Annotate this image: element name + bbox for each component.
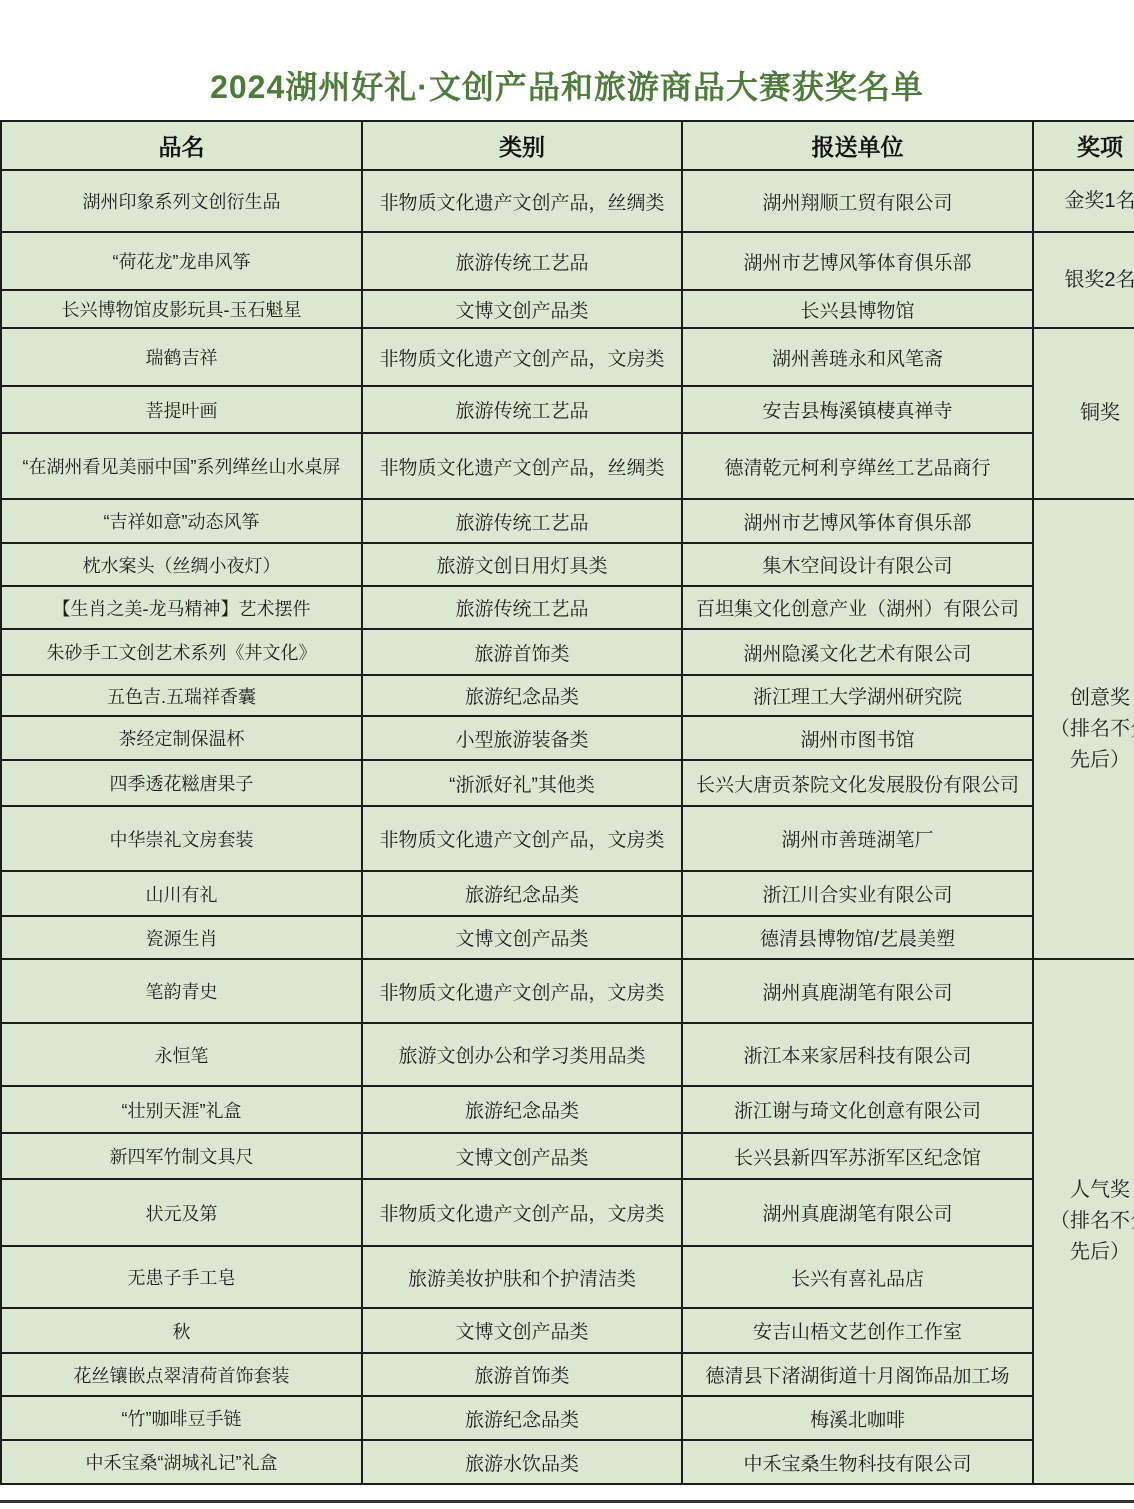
unit-cell: 湖州市图书馆 [682, 716, 1033, 760]
header-award: 奖项 [1033, 121, 1134, 170]
table-row: “壮别天涯”礼盒旅游纪念品类浙江谢与琦文化创意有限公司 [1, 1086, 1134, 1133]
unit-cell: 中禾宝桑生物科技有限公司 [682, 1440, 1033, 1484]
table-row: 四季透花糍唐果子“浙派好礼”其他类长兴大唐贡茶院文化发展股份有限公司 [1, 760, 1134, 806]
product-name-cell: 中华崇礼文房套装 [1, 806, 362, 871]
table-row: 状元及第非物质文化遗产文创产品，文房类湖州真鹿湖笔有限公司 [1, 1179, 1134, 1246]
unit-cell: 安吉山梧文艺创作工作室 [682, 1308, 1033, 1353]
page-title: 2024湖州好礼·文创产品和旅游商品大赛获奖名单 [0, 0, 1134, 120]
product-name-cell: 笔韵青史 [1, 959, 362, 1023]
table-row: 中禾宝桑“湖城礼记”礼盒旅游水饮品类中禾宝桑生物科技有限公司 [1, 1440, 1134, 1484]
table-row: 秋文博文创产品类安吉山梧文艺创作工作室 [1, 1308, 1134, 1353]
unit-cell: 德清乾元柯利亨缂丝工艺品商行 [682, 433, 1033, 499]
product-name-cell: 秋 [1, 1308, 362, 1353]
product-name-cell: 长兴博物馆皮影玩具-玉石魁星 [1, 290, 362, 328]
unit-cell: 湖州市艺博风筝体育俱乐部 [682, 499, 1033, 543]
category-cell: “浙派好礼”其他类 [362, 760, 682, 806]
product-name-cell: 新四军竹制文具尺 [1, 1133, 362, 1179]
unit-cell: 长兴大唐贡茶院文化发展股份有限公司 [682, 760, 1033, 806]
product-name-cell: 状元及第 [1, 1179, 362, 1246]
product-name-cell: 中禾宝桑“湖城礼记”礼盒 [1, 1440, 362, 1484]
category-cell: 旅游纪念品类 [362, 1396, 682, 1440]
product-name-cell: 茶经定制保温杯 [1, 716, 362, 760]
category-cell: 旅游传统工艺品 [362, 586, 682, 629]
product-name-cell: 永恒笔 [1, 1023, 362, 1086]
table-body: 湖州印象系列文创衍生品非物质文化遗产文创产品，丝绸类湖州翔顺工贸有限公司金奖1名… [1, 170, 1134, 1484]
product-name-cell: 花丝镶嵌点翠清荷首饰套装 [1, 1353, 362, 1396]
header-category: 类别 [362, 121, 682, 170]
product-name-cell: “竹”咖啡豆手链 [1, 1396, 362, 1440]
table-row: 茶经定制保温杯小型旅游装备类湖州市图书馆 [1, 716, 1134, 760]
category-cell: 旅游首饰类 [362, 629, 682, 675]
product-name-cell: 四季透花糍唐果子 [1, 760, 362, 806]
table-row: 笔韵青史非物质文化遗产文创产品，文房类湖州真鹿湖笔有限公司人气奖 （排名不分 先… [1, 959, 1134, 1023]
table-row: 朱砂手工文创艺术系列《丼文化》旅游首饰类湖州隐溪文化艺术有限公司 [1, 629, 1134, 675]
unit-cell: 湖州真鹿湖笔有限公司 [682, 1179, 1033, 1246]
table-row: 瑞鹤吉祥非物质文化遗产文创产品，文房类湖州善琏永和风笔斋铜奖 [1, 328, 1134, 386]
unit-cell: 湖州善琏永和风笔斋 [682, 328, 1033, 386]
table-row: 山川有礼旅游纪念品类浙江川合实业有限公司 [1, 871, 1134, 916]
table-row: “在湖州看见美丽中国”系列缂丝山水桌屏非物质文化遗产文创产品，丝绸类德清乾元柯利… [1, 433, 1134, 499]
product-name-cell: 瓷源生肖 [1, 916, 362, 959]
category-cell: 旅游首饰类 [362, 1353, 682, 1396]
product-name-cell: 五色吉.五瑞祥香囊 [1, 675, 362, 716]
unit-cell: 湖州隐溪文化艺术有限公司 [682, 629, 1033, 675]
unit-cell: 浙江川合实业有限公司 [682, 871, 1033, 916]
product-name-cell: 湖州印象系列文创衍生品 [1, 170, 362, 232]
table-row: 花丝镶嵌点翠清荷首饰套装旅游首饰类德清县下渚湖街道十月阁饰品加工场 [1, 1353, 1134, 1396]
product-name-cell: 山川有礼 [1, 871, 362, 916]
unit-cell: 长兴县新四军苏浙军区纪念馆 [682, 1133, 1033, 1179]
header-row: 品名 类别 报送单位 奖项 [1, 121, 1134, 170]
unit-cell: 浙江本来家居科技有限公司 [682, 1023, 1033, 1086]
category-cell: 非物质文化遗产文创产品，丝绸类 [362, 170, 682, 232]
category-cell: 旅游纪念品类 [362, 675, 682, 716]
unit-cell: 百坦集文化创意产业（湖州）有限公司 [682, 586, 1033, 629]
product-name-cell: “荷花龙”龙串风筝 [1, 232, 362, 290]
unit-cell: 湖州真鹿湖笔有限公司 [682, 959, 1033, 1023]
unit-cell: 德清县下渚湖街道十月阁饰品加工场 [682, 1353, 1033, 1396]
product-name-cell: “在湖州看见美丽中国”系列缂丝山水桌屏 [1, 433, 362, 499]
award-cell: 金奖1名 [1033, 170, 1134, 232]
category-cell: 非物质文化遗产文创产品，文房类 [362, 806, 682, 871]
product-name-cell: 菩提叶画 [1, 386, 362, 433]
category-cell: 非物质文化遗产文创产品，丝绸类 [362, 433, 682, 499]
table-row: 新四军竹制文具尺文博文创产品类长兴县新四军苏浙军区纪念馆 [1, 1133, 1134, 1179]
table-row: 湖州印象系列文创衍生品非物质文化遗产文创产品，丝绸类湖州翔顺工贸有限公司金奖1名 [1, 170, 1134, 232]
unit-cell: 浙江理工大学湖州研究院 [682, 675, 1033, 716]
unit-cell: 湖州市艺博风筝体育俱乐部 [682, 232, 1033, 290]
category-cell: 旅游纪念品类 [362, 1086, 682, 1133]
table-row: “吉祥如意”动态风筝旅游传统工艺品湖州市艺博风筝体育俱乐部创意奖 （排名不分 先… [1, 499, 1134, 543]
table-row: 菩提叶画旅游传统工艺品安吉县梅溪镇棲真禅寺 [1, 386, 1134, 433]
product-name-cell: “壮别天涯”礼盒 [1, 1086, 362, 1133]
category-cell: 旅游纪念品类 [362, 871, 682, 916]
unit-cell: 长兴有喜礼品店 [682, 1246, 1033, 1308]
category-cell: 小型旅游装备类 [362, 716, 682, 760]
table-row: “荷花龙”龙串风筝旅游传统工艺品湖州市艺博风筝体育俱乐部银奖2名 [1, 232, 1134, 290]
table-header: 品名 类别 报送单位 奖项 [1, 121, 1134, 170]
unit-cell: 浙江谢与琦文化创意有限公司 [682, 1086, 1033, 1133]
unit-cell: 梅溪北咖啡 [682, 1396, 1033, 1440]
category-cell: 非物质文化遗产文创产品，文房类 [362, 959, 682, 1023]
product-name-cell: “吉祥如意”动态风筝 [1, 499, 362, 543]
award-cell: 创意奖 （排名不分 先后） [1033, 499, 1134, 959]
category-cell: 文博文创产品类 [362, 290, 682, 328]
award-cell: 铜奖 [1033, 328, 1134, 499]
unit-cell: 湖州市善琏湖笔厂 [682, 806, 1033, 871]
category-cell: 非物质文化遗产文创产品，文房类 [362, 328, 682, 386]
category-cell: 旅游水饮品类 [362, 1440, 682, 1484]
product-name-cell: 朱砂手工文创艺术系列《丼文化》 [1, 629, 362, 675]
unit-cell: 安吉县梅溪镇棲真禅寺 [682, 386, 1033, 433]
header-unit: 报送单位 [682, 121, 1033, 170]
category-cell: 文博文创产品类 [362, 1133, 682, 1179]
table-row: 无患子手工皂旅游美妆护肤和个护清洁类长兴有喜礼品店 [1, 1246, 1134, 1308]
product-name-cell: 瑞鹤吉祥 [1, 328, 362, 386]
table-row: 长兴博物馆皮影玩具-玉石魁星文博文创产品类长兴县博物馆 [1, 290, 1134, 328]
award-cell: 银奖2名 [1033, 232, 1134, 328]
category-cell: 非物质文化遗产文创产品，文房类 [362, 1179, 682, 1246]
category-cell: 旅游文创办公和学习类用品类 [362, 1023, 682, 1086]
category-cell: 旅游传统工艺品 [362, 232, 682, 290]
awards-table: 品名 类别 报送单位 奖项 湖州印象系列文创衍生品非物质文化遗产文创产品，丝绸类… [0, 120, 1134, 1485]
product-name-cell: 枕水案头（丝绸小夜灯） [1, 543, 362, 586]
page: 2024湖州好礼·文创产品和旅游商品大赛获奖名单 品名 类别 报送单位 奖项 湖… [0, 0, 1134, 1509]
bottom-divider [0, 1500, 1134, 1503]
category-cell: 旅游美妆护肤和个护清洁类 [362, 1246, 682, 1308]
unit-cell: 长兴县博物馆 [682, 290, 1033, 328]
unit-cell: 德清县博物馆/艺晨美塑 [682, 916, 1033, 959]
table-row: 永恒笔旅游文创办公和学习类用品类浙江本来家居科技有限公司 [1, 1023, 1134, 1086]
product-name-cell: 【生肖之美-龙马精神】艺术摆件 [1, 586, 362, 629]
table-row: 五色吉.五瑞祥香囊旅游纪念品类浙江理工大学湖州研究院 [1, 675, 1134, 716]
table-row: 瓷源生肖文博文创产品类德清县博物馆/艺晨美塑 [1, 916, 1134, 959]
unit-cell: 湖州翔顺工贸有限公司 [682, 170, 1033, 232]
category-cell: 旅游传统工艺品 [362, 386, 682, 433]
product-name-cell: 无患子手工皂 [1, 1246, 362, 1308]
table-row: “竹”咖啡豆手链旅游纪念品类梅溪北咖啡 [1, 1396, 1134, 1440]
header-name: 品名 [1, 121, 362, 170]
table-row: 中华崇礼文房套装非物质文化遗产文创产品，文房类湖州市善琏湖笔厂 [1, 806, 1134, 871]
award-cell: 人气奖 （排名不分 先后） [1033, 959, 1134, 1484]
table-clip-container: 品名 类别 报送单位 奖项 湖州印象系列文创衍生品非物质文化遗产文创产品，丝绸类… [0, 120, 1134, 1485]
category-cell: 文博文创产品类 [362, 1308, 682, 1353]
table-row: 枕水案头（丝绸小夜灯）旅游文创日用灯具类集木空间设计有限公司 [1, 543, 1134, 586]
table-row: 【生肖之美-龙马精神】艺术摆件旅游传统工艺品百坦集文化创意产业（湖州）有限公司 [1, 586, 1134, 629]
unit-cell: 集木空间设计有限公司 [682, 543, 1033, 586]
category-cell: 旅游传统工艺品 [362, 499, 682, 543]
category-cell: 旅游文创日用灯具类 [362, 543, 682, 586]
category-cell: 文博文创产品类 [362, 916, 682, 959]
